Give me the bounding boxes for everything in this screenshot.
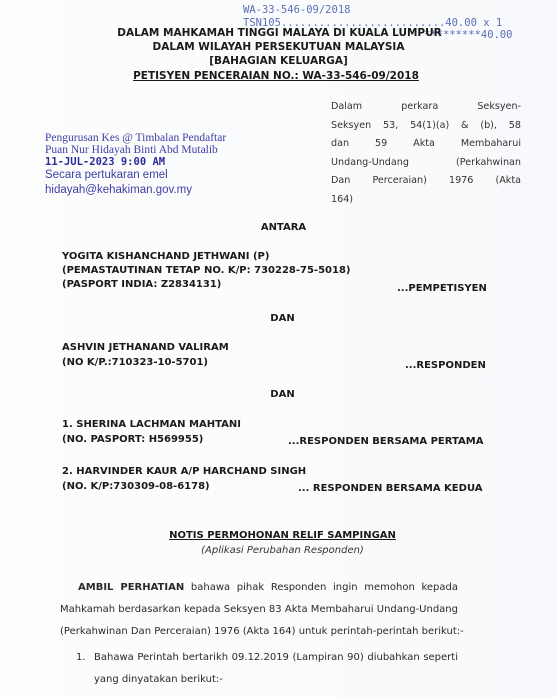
petitioner-pr-id: (PEMASTAUTINAN TETAP NO. K/P: 730228-75-…: [62, 265, 350, 276]
order-item-number: 1.: [76, 652, 86, 663]
payment-stamp-case-no: WA-33-546-09/2018: [243, 4, 350, 17]
registrar-stamp-method: Secara pertukaran emel: [45, 169, 168, 181]
and-label-2: DAN: [0, 389, 557, 400]
co-respondent-2-name: 2. HARVINDER KAUR A/P HARCHAND SINGH: [62, 466, 306, 477]
notice-paragraph-line2: Mahkamah berdasarkan kepada Seksyen 83 A…: [60, 604, 458, 615]
co-respondent-2-id: (NO. K/P:730309-08-6178): [62, 481, 210, 492]
respondent-role: ...RESPONDEN: [405, 360, 486, 371]
notice-subtitle: (Aplikasi Perubahan Responden): [0, 545, 557, 556]
registrar-stamp-line2: Puan Nur Hidayah Binti Abd Mutalib: [45, 144, 218, 156]
co-respondent-1-name: 1. SHERINA LACHMAN MAHTANI: [62, 419, 241, 430]
respondent-id: (NO K/P.:710323-10-5701): [62, 357, 208, 368]
co-respondent-1-role: ...RESPONDEN BERSAMA PERTAMA: [288, 436, 483, 447]
court-region: DALAM WILAYAH PERSEKUTUAN MALAYSIA: [0, 41, 557, 53]
petitioner-name: YOGITA KISHANCHAND JETHWANI (P): [62, 251, 269, 262]
co-respondent-1-id: (NO. PASPORT: H569955): [62, 434, 203, 445]
notice-line1-rest: bahawa pihak Responden ingin memohon kep…: [191, 582, 458, 593]
matter-line: Dan Perceraian) 1976 (Akta: [331, 172, 521, 191]
registrar-stamp-email: hidayah@kehakiman.gov.my: [45, 184, 192, 196]
notice-paragraph-line1: AMBIL PERHATIAN bahawa pihak Responden i…: [78, 582, 458, 593]
respondent-name: ASHVIN JETHANAND VALIRAM: [62, 342, 229, 353]
matter-line: Undang-Undang (Perkahwinan: [331, 154, 521, 173]
notice-lead: AMBIL PERHATIAN: [78, 582, 184, 593]
order-item-line1: Bahawa Perintah bertarikh 09.12.2019 (La…: [94, 652, 458, 663]
order-item-line2: yang dinyatakan berikut:-: [94, 674, 223, 685]
notice-title: NOTIS PERMOHONAN RELIF SAMPINGAN: [0, 530, 557, 541]
court-title: DALAM MAHKAMAH TINGGI MALAYA DI KUALA LU…: [0, 27, 557, 39]
registrar-stamp-datetime: 11-JUL-2023 9:00 AM: [45, 156, 165, 168]
matter-line: 164): [331, 191, 521, 210]
matter-line: dan 59 Akta Membaharui: [331, 135, 521, 154]
petitioner-role: ...PEMPETISYEN: [397, 283, 487, 294]
petitioner-passport: (PASPORT INDIA: Z2834131): [62, 279, 221, 290]
petition-number: PETISYEN PENCERAIAN NO.: WA-33-546-09/20…: [0, 70, 557, 82]
notice-paragraph-line3: (Perkahwinan Dan Perceraian) 1976 (Akta …: [60, 626, 464, 637]
co-respondent-2-role: ... RESPONDEN BERSAMA KEDUA: [298, 483, 483, 494]
matter-statement: Dalam perkara Seksyen- Seksyen 53, 54(1)…: [331, 98, 521, 210]
between-label: ANTARA: [0, 222, 557, 233]
matter-line: Seksyen 53, 54(1)(a) & (b), 58: [331, 117, 521, 136]
and-label: DAN: [0, 313, 557, 324]
document-page: WA-33-546-09/2018 TSN105................…: [0, 0, 557, 697]
matter-line: Dalam perkara Seksyen-: [331, 98, 521, 117]
registrar-stamp-line1: Pengurusan Kes @ Timbalan Pendaftar: [45, 132, 226, 144]
court-division: [BAHAGIAN KELUARGA]: [0, 55, 557, 67]
